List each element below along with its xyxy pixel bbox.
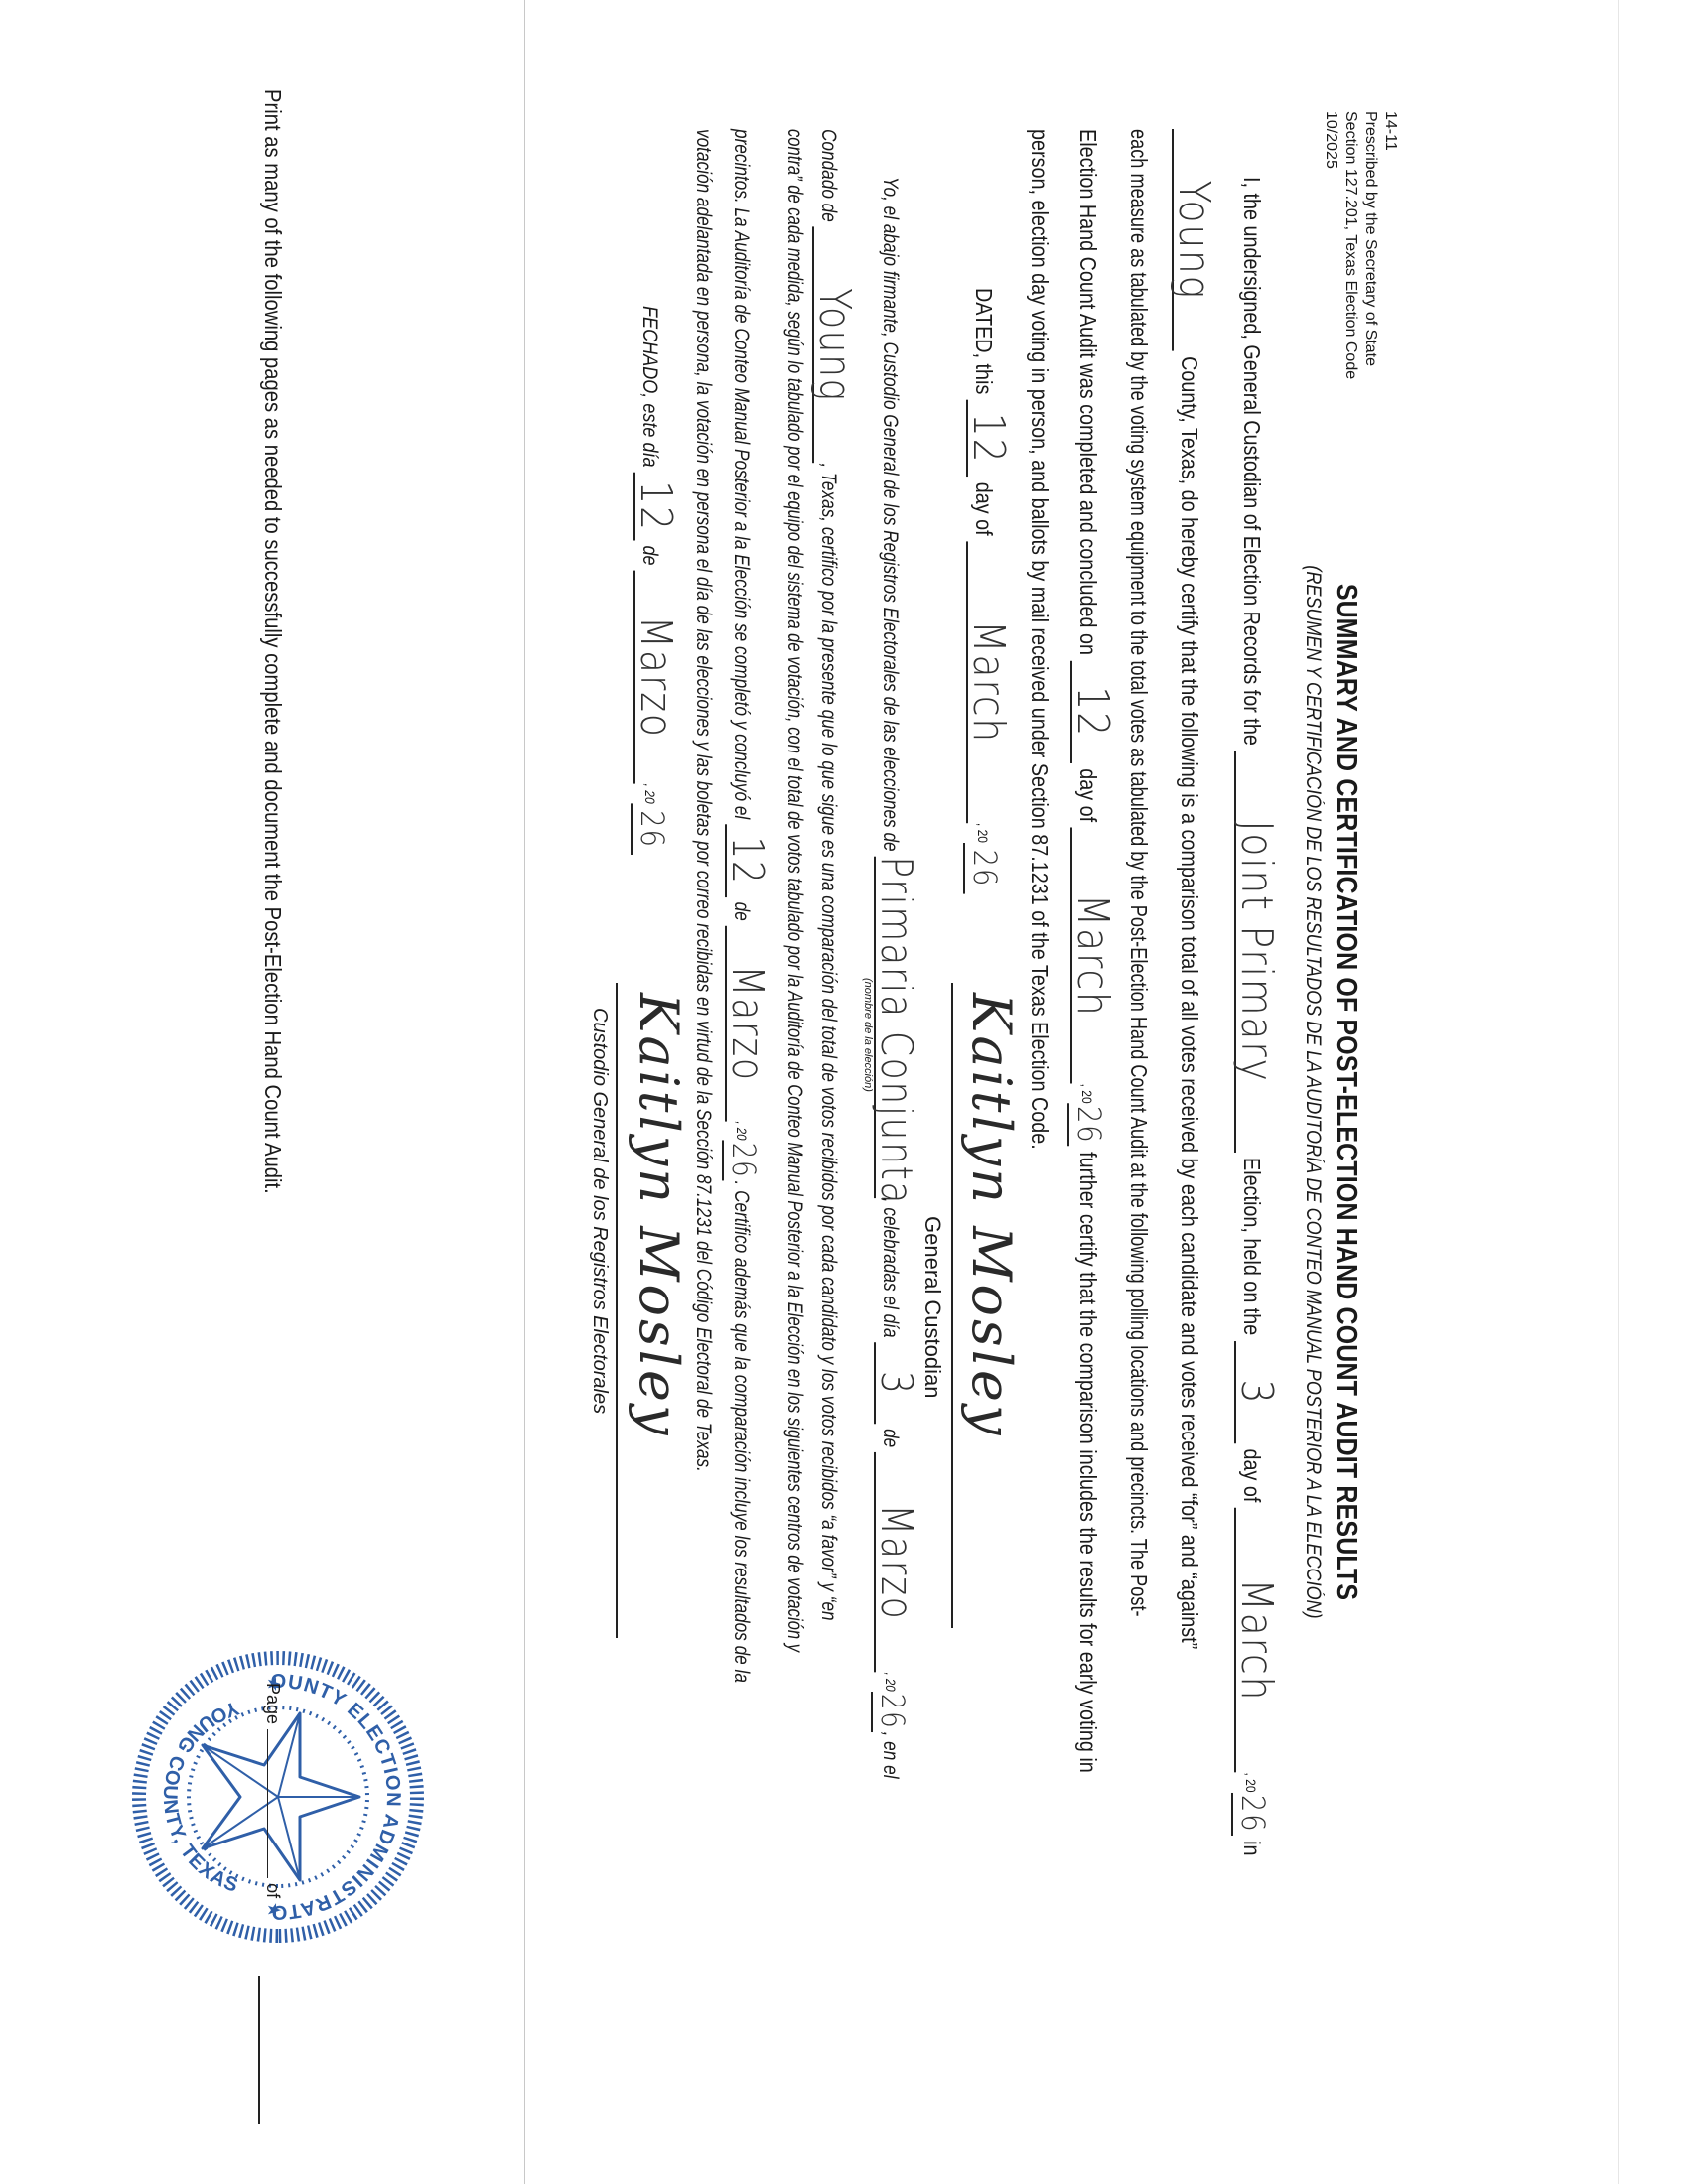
english-dated-line: DATED, this 12 day of March, 2026	[963, 288, 1008, 894]
spanish-line-4: precintos. La Auditoría de Conteo Manual…	[722, 129, 767, 1683]
spanish-dated-line: FECHADO, este día 12 de Marzo, 2026	[631, 306, 675, 855]
election-name-caption: (nombre de la elección)	[862, 978, 874, 1092]
spanish-audit-completed-year-field[interactable]: 26	[722, 1141, 764, 1181]
spanish-line-2: Condado de Young, Texas, certifico por l…	[812, 129, 854, 1621]
spanish-election-year-field[interactable]: 26	[871, 1692, 913, 1732]
page-total-field[interactable]	[259, 1976, 261, 2124]
spanish-election-month-field[interactable]: Marzo	[874, 1452, 915, 1672]
english-line-3: each measure as tabulated by the voting …	[1125, 129, 1152, 1617]
spanish-dated-day-field[interactable]: 12	[633, 473, 675, 541]
spanish-county-field[interactable]: Young	[812, 227, 854, 464]
spanish-audit-completed-month-field[interactable]: Marzo	[725, 926, 767, 1122]
spanish-dated-year-field[interactable]: 26	[631, 804, 672, 856]
custodio-general-signature-line[interactable]	[616, 983, 618, 1638]
print-instructions: Print as many of the following pages as …	[259, 89, 286, 1194]
svg-text:COUNTY ELECTION ADMINISTRATOR: COUNTY ELECTION ADMINISTRATOR	[271, 1648, 427, 1923]
spanish-line-1: Yo, el abajo firmante, Custodio General …	[871, 177, 915, 1779]
general-custodian-signature-line[interactable]	[951, 983, 953, 1628]
english-line-5: person, election day voting in person, a…	[1026, 129, 1053, 1150]
election-name-field[interactable]: Joint Primary	[1234, 751, 1276, 1152]
audit-completed-year-field[interactable]: 26	[1067, 1104, 1109, 1147]
county-field[interactable]: Young	[1172, 129, 1213, 351]
audit-completed-day-field[interactable]: 12	[1070, 661, 1112, 763]
audit-completed-month-field[interactable]: March	[1070, 828, 1112, 1084]
spanish-audit-completed-day-field[interactable]: 12	[725, 824, 767, 897]
election-year-field[interactable]: 26	[1231, 1793, 1273, 1836]
spanish-election-day-field[interactable]: 3	[874, 1342, 915, 1424]
spanish-dated-month-field[interactable]: Marzo	[633, 571, 675, 784]
election-month-field[interactable]: March	[1234, 1508, 1276, 1773]
general-custodian-label: General Custodian	[919, 1216, 945, 1398]
form-prescribed-by: Prescribed by the Secretary of State	[1360, 111, 1380, 379]
svg-text:★: ★	[264, 1902, 284, 1918]
general-custodian-signature: Kaitlyn Mosley	[960, 993, 1023, 1437]
dated-year-field[interactable]: 26	[963, 843, 1005, 894]
english-line-4: Election Hand Count Audit was completed …	[1067, 129, 1112, 1773]
form-number: 14-11	[1380, 111, 1400, 379]
custodio-general-signature: Kaitlyn Mosley	[628, 993, 690, 1437]
election-day-field[interactable]: 3	[1234, 1341, 1276, 1443]
svg-text:YOUNG COUNTY, TEXAS: YOUNG COUNTY, TEXAS	[159, 1697, 242, 1897]
custodio-general-label: Custodio General de los Registros Electo…	[588, 1008, 611, 1414]
english-line-1: I, the undersigned, General Custodian of…	[1231, 177, 1276, 1855]
document-title: SUMMARY AND CERTIFICATION OF POST-ELECTI…	[1330, 153, 1362, 2031]
spanish-line-5: votación adelantada en persona, la votac…	[691, 129, 715, 1472]
page-number-field[interactable]	[267, 1729, 268, 1878]
dated-day-field[interactable]: 12	[966, 400, 1008, 477]
english-line-2: Young County, Texas, do hereby certify t…	[1172, 129, 1213, 1649]
spanish-line-3: contra” de cada medida, según lo tabulad…	[782, 129, 806, 1652]
page-counter: Page of	[262, 1683, 283, 1898]
certification-page: 14-11 Prescribed by the Secretary of Sta…	[0, 0, 1688, 2184]
dated-month-field[interactable]: March	[966, 541, 1008, 823]
document-subtitle: (RESUMEN Y CERTIFICACIÓN DE LOS RESULTAD…	[1301, 153, 1325, 2031]
spanish-election-name-field[interactable]: Primaria Conjunta	[874, 856, 915, 1197]
